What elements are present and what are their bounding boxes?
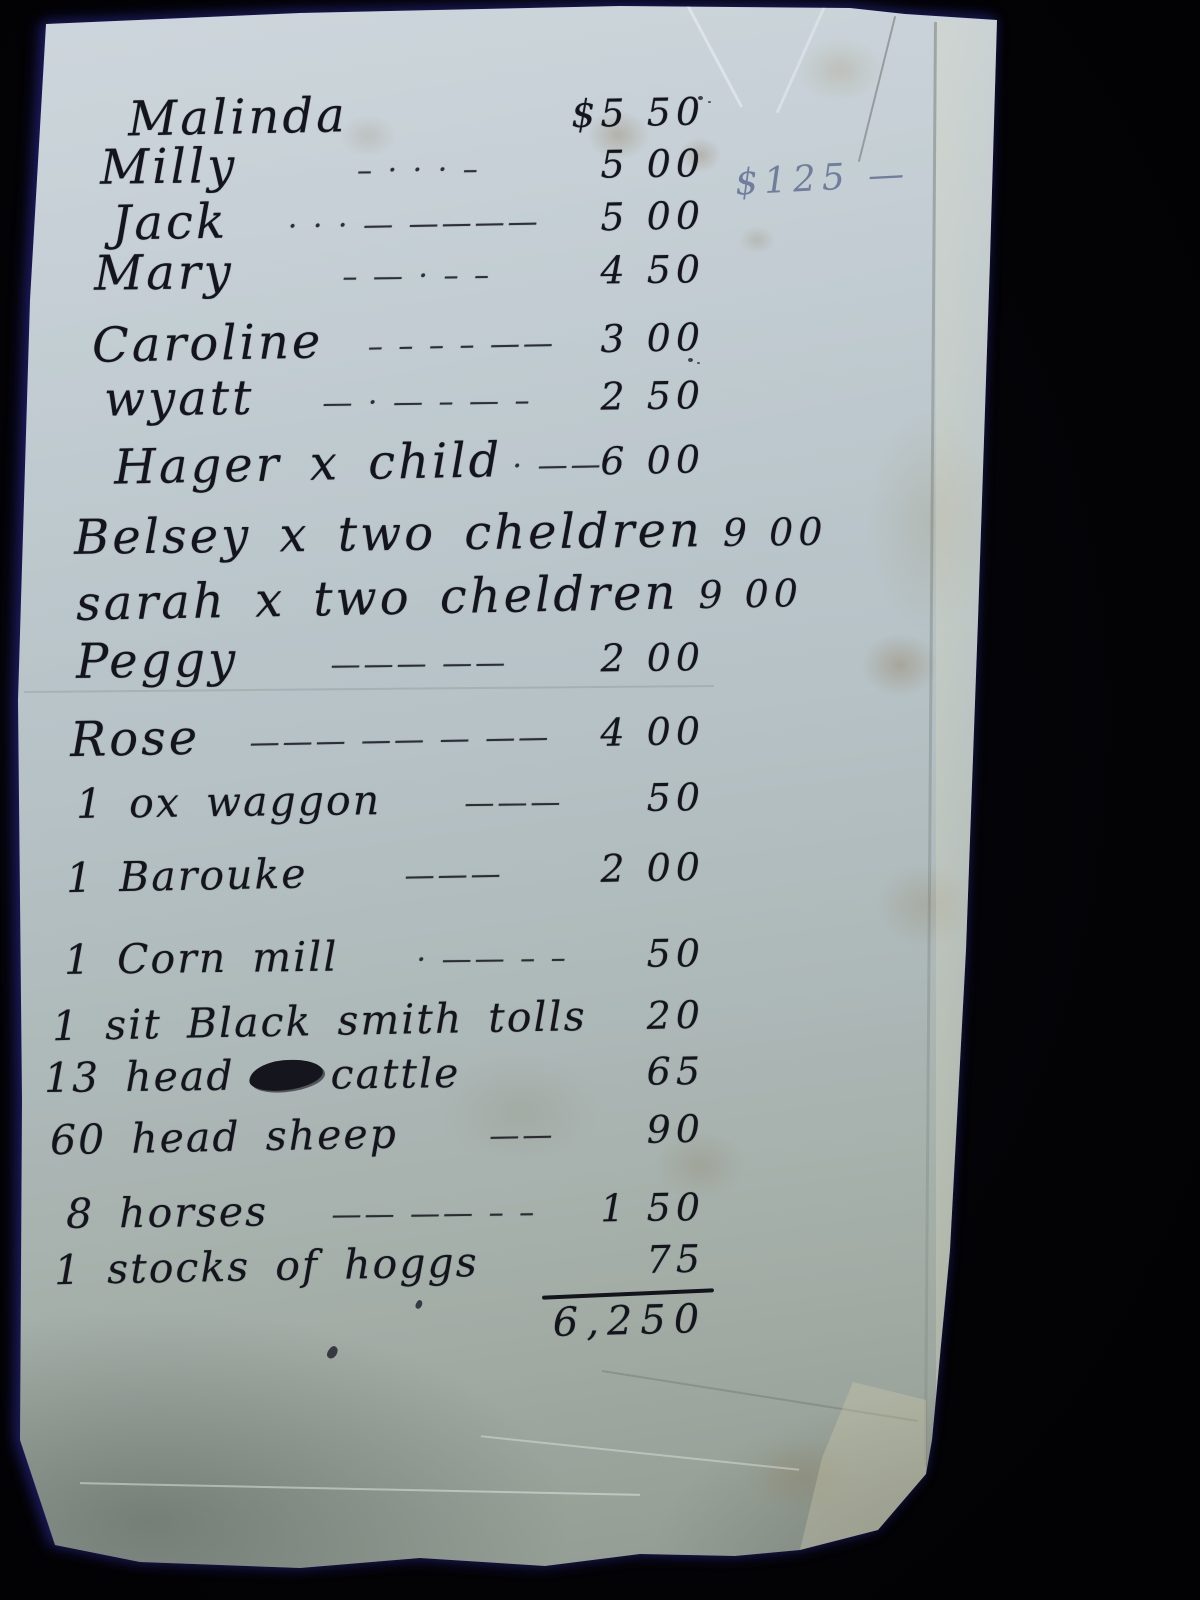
entry-name: Rose [70, 710, 201, 768]
entry-value: 9 00 [723, 510, 828, 555]
entry-name: 1 ox waggon [76, 776, 382, 828]
entry-name: Jack [112, 193, 229, 251]
inventory-row: Hager x child · ———— 6 00 [114, 428, 706, 495]
entry-value: 6 00 [600, 437, 705, 483]
entry-value: 5 00 [600, 141, 705, 186]
inventory-row: 1 Barouke ——— 2 00 [66, 842, 706, 902]
top-right-crease-line [858, 16, 896, 162]
entry-name: 60 head sheep [50, 1110, 399, 1165]
entry-name: 1 Corn mill [64, 933, 339, 984]
inventory-row: Mary – — · – – 4 50 [94, 238, 706, 301]
entry-name: Belsey x two cheldren [74, 502, 703, 566]
bottom-right-crease-line [602, 1370, 918, 1422]
entry-name: Peggy [76, 632, 239, 690]
entry-value: 50 [646, 775, 705, 820]
entry-name: 1 sit Black smith tolls [52, 992, 588, 1050]
inventory-row: Rose ——— —— — —— 4 00 [70, 700, 706, 768]
entry-value: 75 [646, 1237, 705, 1282]
entry-dashes: ——— [381, 784, 647, 822]
entry-value: 20 [646, 993, 705, 1038]
entry-value: 65 [646, 1049, 705, 1094]
top-crease-light-b [776, 3, 828, 114]
entry-dashes: —— [398, 1116, 647, 1156]
entry-dashes [348, 127, 571, 131]
entry-name: 8 horses [66, 1187, 269, 1237]
entry-name: 13 head [44, 1052, 235, 1102]
entry-dashes: – · · · – [237, 151, 600, 190]
entry-value: 90 [646, 1107, 705, 1152]
entry-name: sarah x two cheldren [76, 564, 679, 632]
entry-dashes: · ———— [502, 447, 601, 484]
entry-value: 2 50 [600, 373, 705, 418]
paper-sheet: Malinda $5 50 Milly – · · · – 5 00 Jack … [0, 0, 1200, 1600]
entry-value: 4 50 [600, 247, 705, 292]
entry-name: 1 stocks of hoggs [54, 1238, 480, 1294]
entry-value: 3 00 [600, 315, 705, 361]
entry-value: 1 50 [600, 1185, 705, 1230]
entry-name: wyatt [104, 370, 255, 428]
entry-dashes: ——— [307, 855, 601, 896]
bottom-crease-light [80, 1482, 640, 1496]
inventory-row: 1 sit Black smith tolls 20 [52, 990, 706, 1051]
entry-name-continued: cattle [330, 1049, 460, 1099]
entry-value: 50 [646, 931, 705, 976]
ink-speck [688, 358, 693, 362]
ink-speck [325, 1345, 340, 1361]
entry-dashes: ——— —— — —— [200, 719, 601, 762]
inventory-row: 1 ox waggon ——— 50 [76, 772, 706, 828]
entry-name: 1 Barouke [66, 850, 308, 903]
entry-name: Hager x child [114, 432, 503, 495]
inventory-row: 60 head sheep —— 90 [50, 1104, 706, 1165]
total-value: 6,250 [537, 1296, 722, 1347]
inventory-row: sarah x two cheldren 9 00 [76, 564, 706, 632]
right-fold-strip [936, 20, 998, 1470]
entry-value: 9 00 [698, 571, 803, 617]
ink-speck [414, 1299, 424, 1310]
entry-value: 4 00 [600, 709, 705, 755]
inventory-row: Peggy ——— —— 2 00 [76, 626, 706, 690]
entry-dashes [479, 1273, 647, 1276]
entry-name: Caroline [92, 313, 324, 373]
bottom-crease-light-2 [481, 1435, 799, 1470]
vertical-crease-line [924, 22, 937, 1467]
entry-dashes: —— —— – – [268, 1194, 601, 1233]
pencil-annotation: $125 — [734, 153, 911, 203]
inventory-row: 1 Corn mill · —— – – 50 [64, 928, 706, 984]
inventory-row: Caroline – – – – —— 3 00 [92, 306, 706, 374]
entry-value: 2 00 [600, 845, 705, 891]
inventory-row: Belsey x two cheldren 9 00 [74, 502, 706, 566]
entry-dashes: – — · – – [234, 257, 601, 296]
ink-speck [698, 96, 703, 100]
entry-dashes: – – – – —— [323, 325, 601, 365]
entry-dashes [460, 1085, 646, 1087]
entry-dashes: · —— – – [338, 940, 647, 979]
photo-stage: Malinda $5 50 Milly – · · · – 5 00 Jack … [0, 0, 1200, 1600]
ink-blot-strikethrough [247, 1056, 324, 1093]
paper-wrapper: Malinda $5 50 Milly – · · · – 5 00 Jack … [0, 0, 1200, 1600]
entry-name: Milly [100, 138, 238, 196]
entry-value: 2 00 [600, 635, 705, 680]
entry-dashes: — · — – — – [254, 383, 600, 422]
inventory-row: 13 head cattle 65 [44, 1046, 706, 1102]
entry-dashes: ——— —— [238, 644, 601, 683]
entry-name: Mary [94, 244, 235, 302]
inventory-row: 8 horses —— —— – – 1 50 [66, 1182, 706, 1238]
inventory-row: wyatt — · — – — – 2 50 [104, 364, 706, 427]
entry-value: 5 00 [600, 193, 705, 239]
inventory-row: 1 stocks of hoggs 75 [54, 1234, 706, 1294]
entry-dashes: · · · — ———— [228, 203, 601, 245]
entry-value: $5 50 [571, 89, 706, 136]
entry-dashes [587, 1029, 647, 1030]
